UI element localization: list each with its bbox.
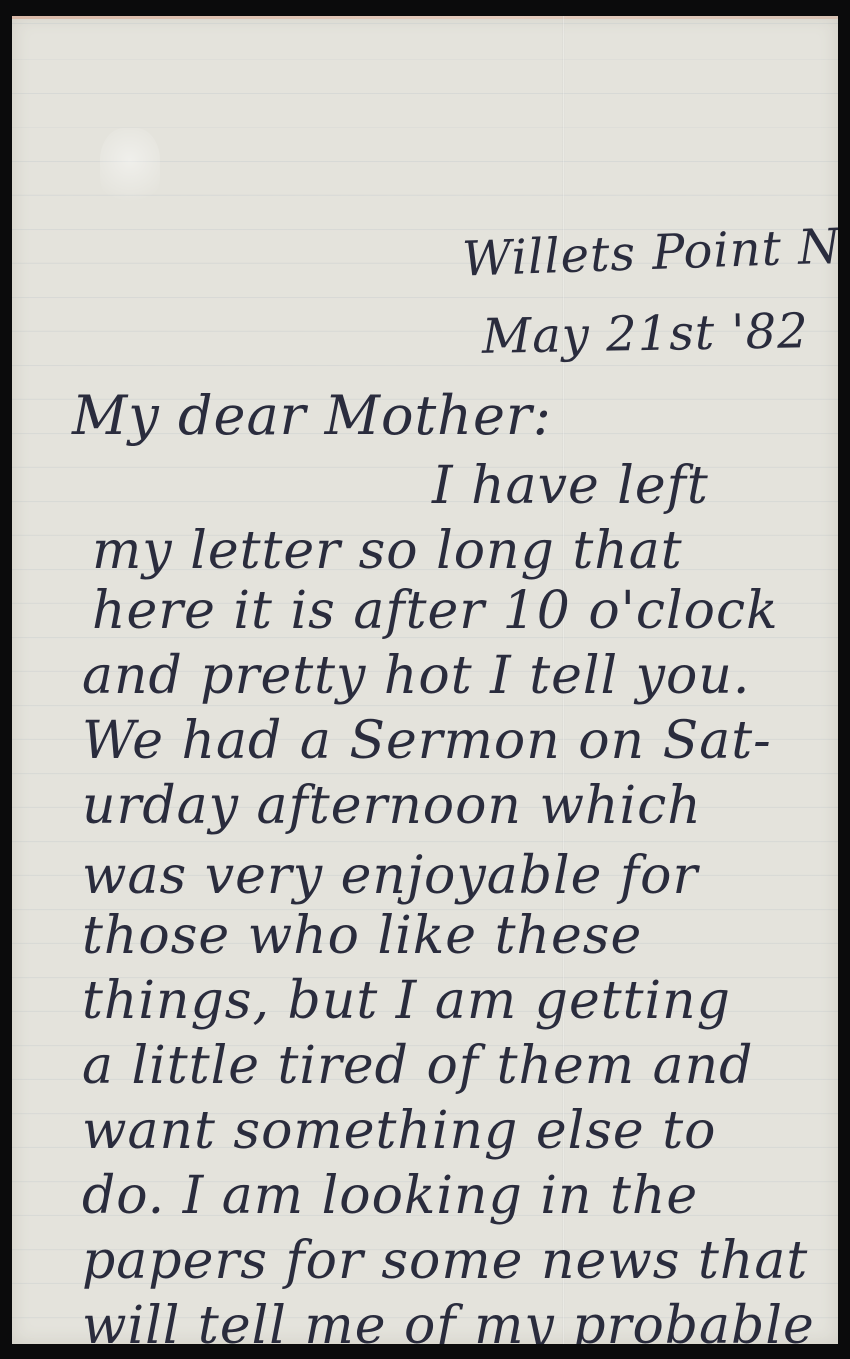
letter-line: We had a Sermon on Sat- xyxy=(82,711,772,771)
letter-salutation: My dear Mother: xyxy=(72,384,552,447)
letter-page: Willets Point N.Y. May 21st '82 My dear … xyxy=(12,16,838,1344)
letter-place: Willets Point N.Y. xyxy=(461,216,838,287)
letter-line: things, but I am getting xyxy=(82,971,731,1031)
letter-line: I have left xyxy=(432,456,709,516)
letter-line: want something else to xyxy=(82,1101,716,1161)
letter-line: and pretty hot I tell you. xyxy=(82,646,750,706)
letter-line: a little tired of them and xyxy=(82,1036,753,1096)
letter-line: urday afternoon which xyxy=(82,776,702,836)
embossed-seal-icon xyxy=(100,128,160,208)
letter-date: May 21st '82 xyxy=(482,303,810,365)
letter-line: papers for some news that xyxy=(82,1231,808,1291)
paper-top-edge xyxy=(12,16,838,19)
letter-line: will tell me of my probable xyxy=(82,1296,815,1344)
letter-line: those who like these xyxy=(82,906,642,966)
letter-line: was very enjoyable for xyxy=(82,846,698,906)
letter-line: my letter so long that xyxy=(92,521,683,581)
letter-line: do. I am looking in the xyxy=(82,1166,698,1226)
letter-line: here it is after 10 o'clock xyxy=(92,581,779,641)
